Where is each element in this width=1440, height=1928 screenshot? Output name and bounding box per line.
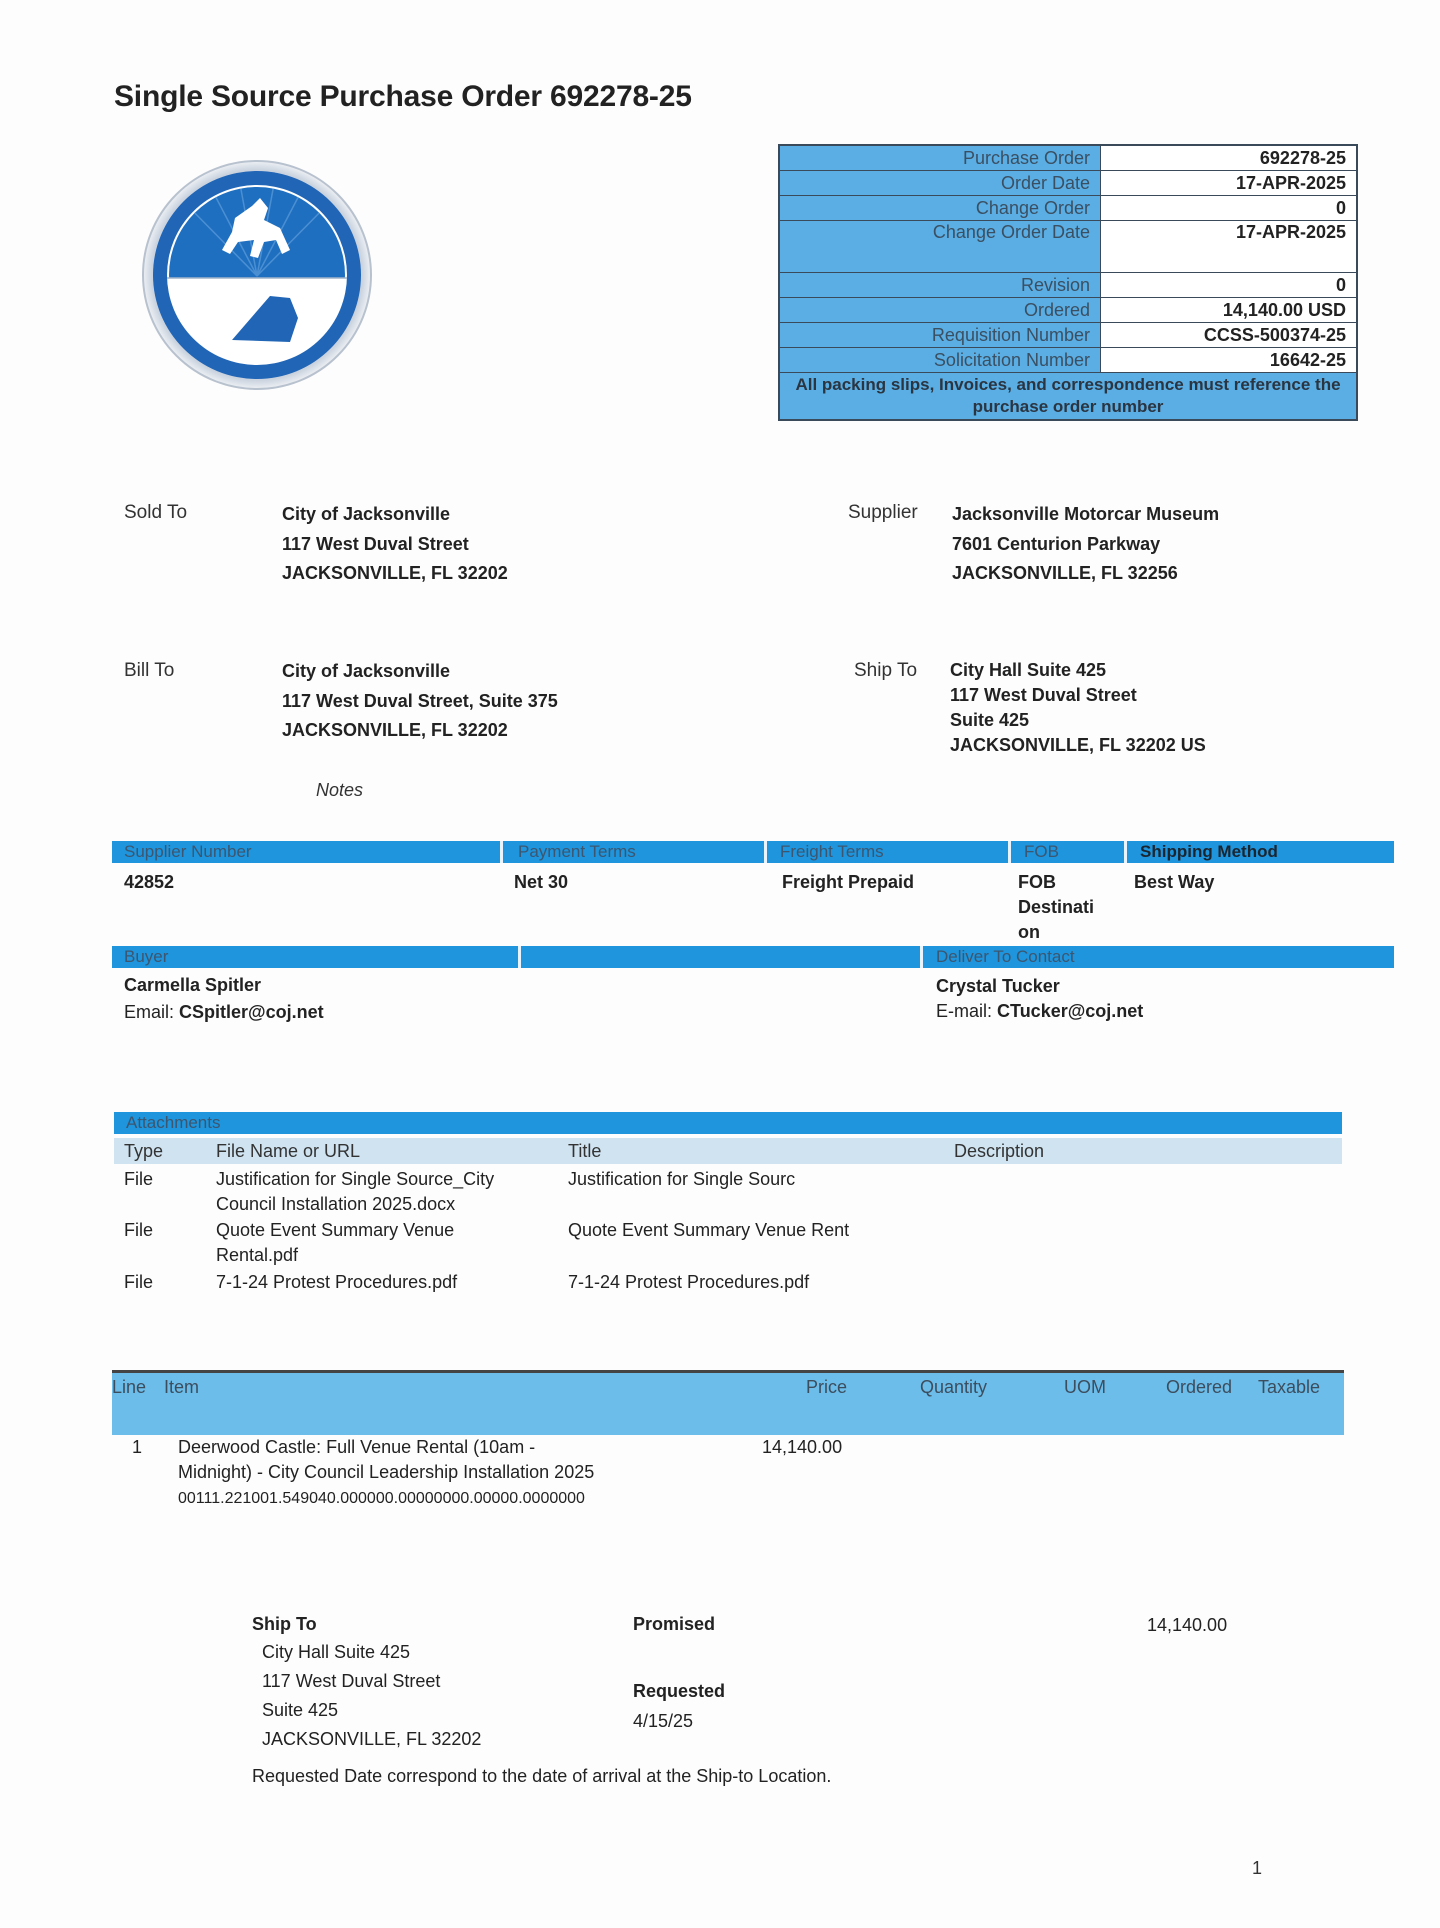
address-line: 117 West Duval Street (282, 530, 508, 560)
attachment-row[interactable]: File 7-1-24 Protest Procedures.pdf 7-1-2… (114, 1270, 1342, 1296)
attachment-type: File (124, 1270, 153, 1295)
line-items-header: Line Item Price Quantity UOM Ordered Tax… (112, 1370, 1344, 1435)
requested-date: 4/15/25 (633, 1711, 693, 1732)
shipment-address-line: Suite 425 (262, 1700, 338, 1721)
deliver-contact-name: Crystal Tucker (936, 974, 1060, 999)
order-date: 17-APR-2025 (1101, 171, 1358, 196)
fob-line: on (1018, 920, 1094, 945)
shipment-address-line: City Hall Suite 425 (262, 1642, 410, 1663)
buyer-name: Carmella Spitler (124, 973, 261, 998)
buyer-email-row: Email: CSpitler@coj.net (124, 1000, 324, 1025)
item-description: Deerwood Castle: Full Venue Rental (10am… (178, 1435, 535, 1460)
address-line: Jacksonville Motorcar Museum (952, 500, 1219, 530)
col-uom: UOM (1064, 1377, 1106, 1398)
fob-line: Destinati (1018, 895, 1094, 920)
fob-line: FOB (1018, 870, 1094, 895)
shipment-block: Ship To City Hall Suite 425 117 West Duv… (252, 1614, 1252, 1794)
address-line: JACKSONVILLE, FL 32256 (952, 559, 1219, 589)
ship-to-label: Ship To (854, 660, 917, 682)
fob-header: FOB (1012, 841, 1132, 863)
col-description: Description (954, 1138, 1044, 1164)
ordered-total: 14,140.00 USD (1101, 298, 1358, 323)
reference-notice: All packing slips, Invoices, and corresp… (779, 373, 1357, 421)
col-ordered: Ordered (1166, 1377, 1232, 1398)
shipment-address-line: 117 West Duval Street (262, 1671, 440, 1692)
attachment-title: 7-1-24 Protest Procedures.pdf (568, 1270, 809, 1295)
address-line: Suite 425 (950, 708, 1206, 733)
line-number: 1 (132, 1435, 142, 1460)
address-line: 117 West Duval Street (950, 683, 1206, 708)
col-file-name: File Name or URL (216, 1138, 360, 1164)
buyer-email: CSpitler@coj.net (179, 1002, 324, 1022)
revision: 0 (1101, 273, 1358, 298)
bill-to-label: Bill To (124, 660, 174, 682)
fob-value: FOB Destinati on (1018, 870, 1094, 945)
col-item: Item (164, 1377, 199, 1398)
attachment-file-name[interactable]: 7-1-24 Protest Procedures.pdf (216, 1270, 457, 1295)
col-type: Type (124, 1138, 163, 1164)
deliver-contact-email: CTucker@coj.net (997, 1001, 1143, 1021)
po-label: Ordered (779, 298, 1101, 323)
change-order-date: 17-APR-2025 (1101, 221, 1358, 273)
solicitation-number: 16642-25 (1101, 348, 1358, 373)
shipment-amount: 14,140.00 (1147, 1615, 1227, 1636)
notes-label: Notes (316, 780, 363, 801)
col-taxable: Taxable (1258, 1377, 1320, 1398)
page-number: 1 (1252, 1858, 1262, 1879)
deliver-to-contact-header: Deliver To Contact (924, 946, 1384, 968)
sold-to-address: City of Jacksonville 117 West Duval Stre… (282, 500, 508, 589)
deliver-email-row: E-mail: CTucker@coj.net (936, 999, 1143, 1024)
attachments-header: Attachments (114, 1112, 414, 1134)
address-line: JACKSONVILLE, FL 32202 US (950, 733, 1206, 758)
email-label: Email: (124, 1002, 174, 1022)
promised-label: Promised (633, 1614, 715, 1635)
attachment-type: File (124, 1218, 153, 1243)
attachment-row[interactable]: File Quote Event Summary Venue Rental.pd… (114, 1218, 1342, 1268)
item-description: Midnight) - City Council Leadership Inst… (178, 1460, 594, 1485)
address-line: 7601 Centurion Parkway (952, 530, 1219, 560)
freight-terms: Freight Prepaid (782, 870, 914, 895)
shipment-ship-to-label: Ship To (252, 1614, 317, 1635)
attachments-columns: Type File Name or URL Title Description (114, 1138, 1342, 1164)
shipping-method-header: Shipping Method (1128, 841, 1368, 863)
attachment-title: Justification for Single Sourc (568, 1167, 795, 1192)
item-price: 14,140.00 (762, 1435, 842, 1460)
po-label: Change Order Date (779, 221, 1101, 273)
attachments-header-bar: Attachments (114, 1112, 1342, 1134)
attachment-file-name[interactable]: Justification for Single Source_City (216, 1167, 494, 1192)
po-summary-table: Purchase Order692278-25 Order Date17-APR… (778, 144, 1358, 421)
address-line: City of Jacksonville (282, 500, 508, 530)
supplier-number-header: Supplier Number (112, 841, 500, 863)
sold-to-label: Sold To (124, 502, 187, 524)
po-label: Revision (779, 273, 1101, 298)
requested-date-footnote: Requested Date correspond to the date of… (252, 1766, 831, 1787)
col-line: Line (112, 1377, 146, 1398)
attachment-file-name[interactable]: Council Installation 2025.docx (216, 1192, 455, 1217)
po-label: Change Order (779, 196, 1101, 221)
attachment-title: Quote Event Summary Venue Rent (568, 1218, 849, 1243)
col-price: Price (806, 1377, 847, 1398)
payment-terms: Net 30 (514, 870, 568, 895)
freight-terms-header: Freight Terms (768, 841, 1008, 863)
col-title: Title (568, 1138, 601, 1164)
purchase-order-number: 692278-25 (1101, 145, 1358, 171)
supplier-label: Supplier (848, 502, 918, 524)
supplier-address: Jacksonville Motorcar Museum 7601 Centur… (952, 500, 1219, 589)
po-label: Requisition Number (779, 323, 1101, 348)
supplier-number: 42852 (124, 870, 174, 895)
attachment-type: File (124, 1167, 153, 1192)
attachment-file-name[interactable]: Rental.pdf (216, 1243, 298, 1268)
po-label: Purchase Order (779, 145, 1101, 171)
address-line: City Hall Suite 425 (950, 658, 1206, 683)
po-label: Order Date (779, 171, 1101, 196)
address-line: JACKSONVILLE, FL 32202 (282, 716, 558, 746)
page-title: Single Source Purchase Order 692278-25 (114, 80, 692, 114)
contacts-header-bar: Buyer Deliver To Contact (112, 946, 1394, 968)
payment-terms-header: Payment Terms (506, 841, 766, 863)
buyer-header: Buyer (112, 946, 518, 968)
shipping-method: Best Way (1134, 870, 1214, 895)
shipment-address-line: JACKSONVILLE, FL 32202 (262, 1729, 481, 1750)
attachment-row[interactable]: File Justification for Single Source_Cit… (114, 1167, 1342, 1217)
account-code: 00111.221001.549040.000000.00000000.0000… (178, 1486, 585, 1511)
address-line: 117 West Duval Street, Suite 375 (282, 687, 558, 717)
email-label: E-mail: (936, 1001, 992, 1021)
col-quantity: Quantity (920, 1377, 987, 1398)
bill-to-address: City of Jacksonville 117 West Duval Stre… (282, 657, 558, 746)
ship-to-address: City Hall Suite 425 117 West Duval Stree… (950, 658, 1206, 758)
address-line: City of Jacksonville (282, 657, 558, 687)
terms-header-bar: Supplier Number Payment Terms Freight Te… (112, 841, 1394, 863)
po-label: Solicitation Number (779, 348, 1101, 373)
change-order: 0 (1101, 196, 1358, 221)
requested-label: Requested (633, 1681, 725, 1702)
city-seal-icon (140, 158, 374, 392)
line-item-row: 1 Deerwood Castle: Full Venue Rental (10… (112, 1435, 1344, 1515)
requisition-number: CCSS-500374-25 (1101, 323, 1358, 348)
address-line: JACKSONVILLE, FL 32202 (282, 559, 508, 589)
attachment-file-name[interactable]: Quote Event Summary Venue (216, 1218, 454, 1243)
